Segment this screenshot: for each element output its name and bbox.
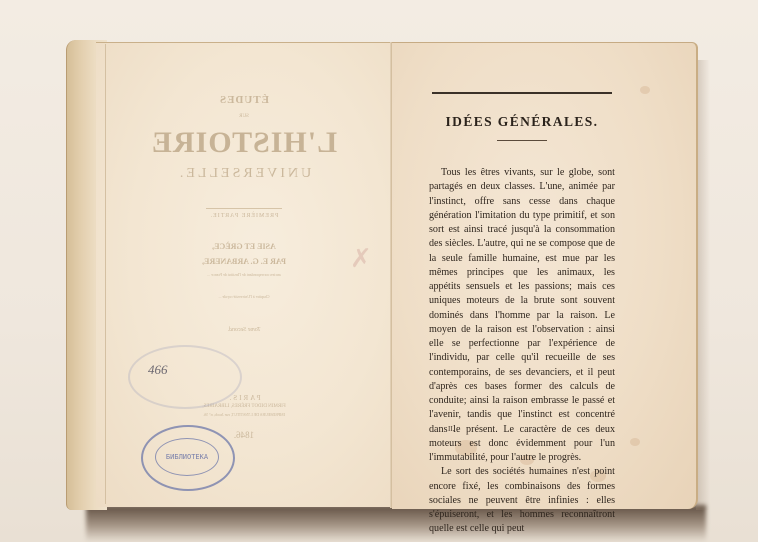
book-shadow-right xyxy=(696,60,710,510)
handwritten-number: 466 xyxy=(148,362,168,378)
book-photo: ÉTUDES SUR L'HISTOIRE UNIVERSELLE. PREMI… xyxy=(0,0,758,542)
title-page-show-through: ÉTUDES SUR L'HISTOIRE UNIVERSELLE. PREMI… xyxy=(96,42,392,506)
faint-stamp xyxy=(128,345,242,409)
ghost-fine-print-2: Chapitre à l'Université royale ... xyxy=(96,294,392,299)
ghost-year: 1846. xyxy=(96,430,392,440)
pencil-mark: ✗ xyxy=(350,244,372,274)
ghost-sur: SUR xyxy=(96,114,392,119)
chapter-heading: IDÉES GÉNÉRALES. xyxy=(420,114,624,130)
ghost-etudes: ÉTUDES xyxy=(96,94,392,106)
library-stamp: БИБЛИОТЕКА xyxy=(141,425,235,491)
ghost-publisher-2: IMPRIMEURS DE L'INSTITUT, rue Jacob, n° … xyxy=(96,412,392,417)
ghost-rule xyxy=(206,208,282,209)
ghost-fine-print-1: ancien correspondant de l'Institut de Fr… xyxy=(96,272,392,277)
ghost-author: PAR E. G. ARBANERE, xyxy=(96,257,392,266)
top-rule xyxy=(432,92,612,94)
body-text: Tous les êtres vivants, sur le globe, so… xyxy=(429,166,615,537)
foxing-stain xyxy=(630,438,640,446)
ghost-title: L'HISTOIRE xyxy=(96,126,392,160)
ghost-tome: Tome Second. xyxy=(96,327,392,333)
signature-mark: II. xyxy=(448,425,454,433)
ghost-partie: PREMIÈRE PARTIE. xyxy=(96,213,392,219)
heading-rule xyxy=(497,140,547,141)
ghost-publisher: FIRMIN DIDOT FRÈRES, LIBRAIRES, xyxy=(96,404,392,409)
paragraph-1: Tous les êtres vivants, sur le globe, so… xyxy=(429,166,615,465)
foxing-stain xyxy=(640,86,650,94)
ghost-subtitle: UNIVERSELLE. xyxy=(96,166,392,182)
library-stamp-text: БИБЛИОТЕКА xyxy=(155,438,219,476)
ghost-asie: ASIE ET GRÈCE, xyxy=(96,242,392,251)
paragraph-2: Le sort des sociétés humaines n'est poin… xyxy=(429,465,615,536)
